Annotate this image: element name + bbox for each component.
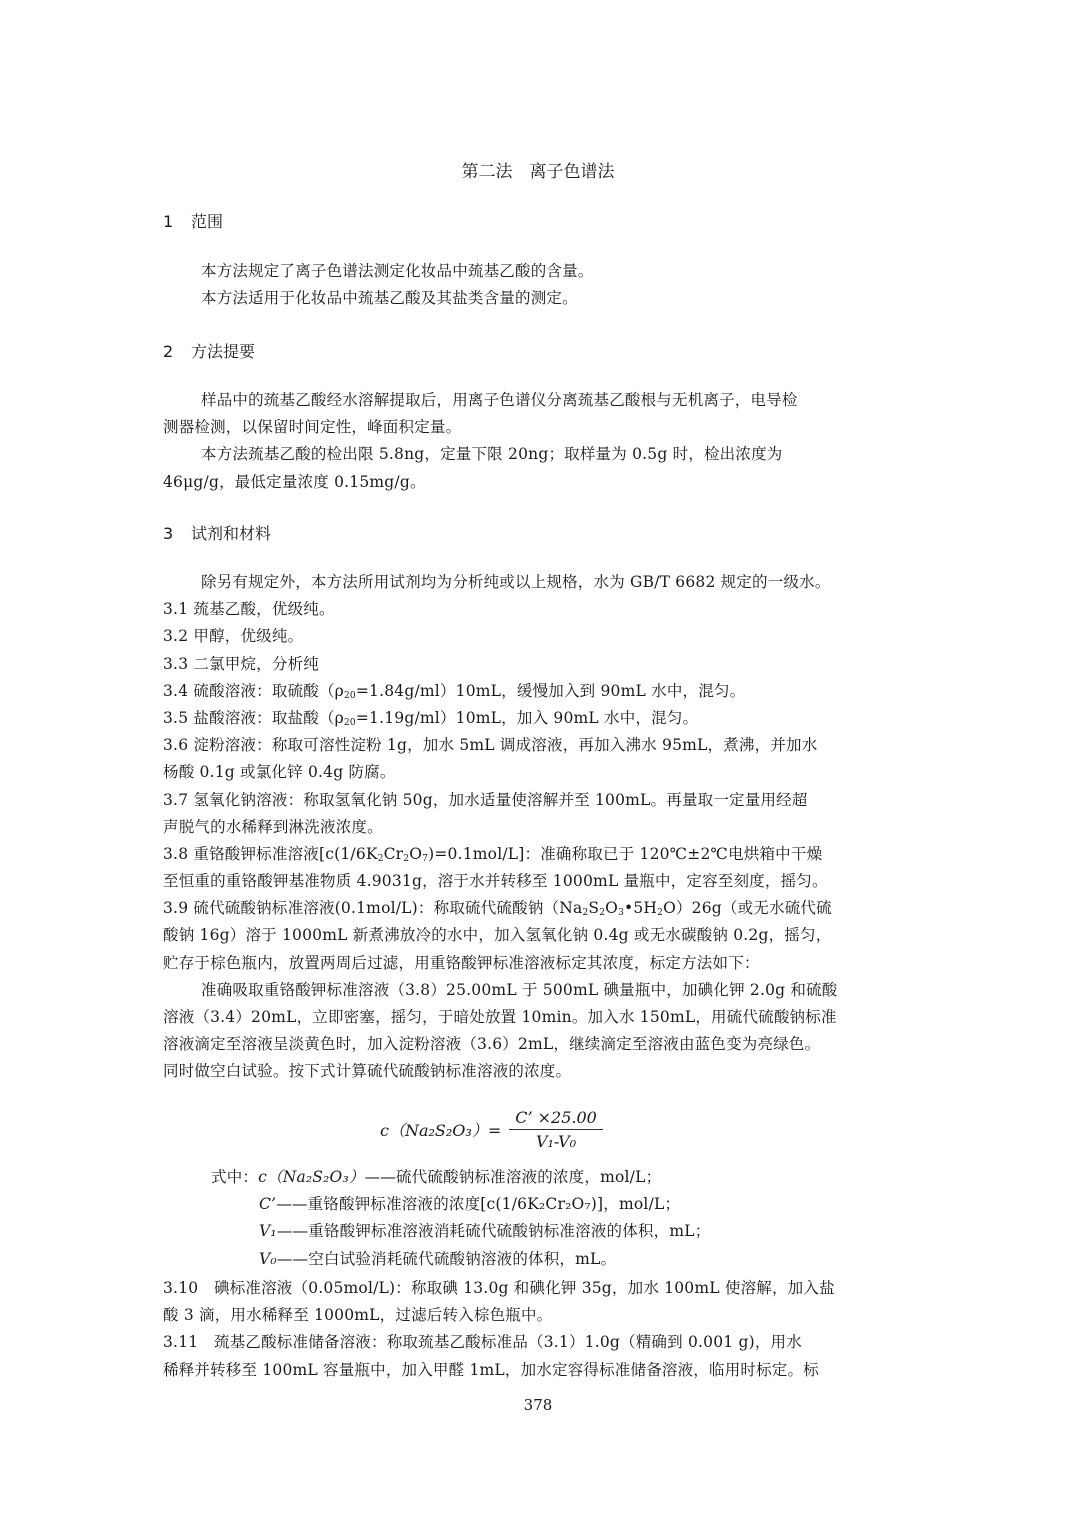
text: 3.8 重铬酸钾标准溶液[c(1/6K [163,845,378,863]
section-2-body: 样品中的巯基乙酸经水溶解提取后，用离子色谱仪分离巯基乙酸根与无机离子，电导检 测… [163,387,913,496]
subscript: 2 [582,908,588,918]
formula-fraction: C’ ×25.00 V₁-V₀ [509,1108,603,1151]
text: )=0.1mol/L]：准确称取已于 120℃±2℃电烘箱中干燥 [428,845,822,863]
formula-legend: 式中：c（Na₂S₂O₃）——硫代硫酸钠标准溶液的浓度，mol/L； C’——重… [163,1164,913,1273]
section-3-body: 除另有规定外，本方法所用试剂均为分析纯或以上规格，水为 GB/T 6682 规定… [163,569,913,1086]
text: Cr [384,845,404,863]
paragraph: 本方法适用于化妆品中巯基乙酸及其盐类含量的测定。 [201,285,951,312]
item-3-9-cont: 酸钠 16g）溶于 1000mL 新煮沸放冷的水中，加入氢氧化钠 0.4g 或无… [163,922,913,949]
text: •5H [624,899,657,917]
item-3-6-cont: 杨酸 0.1g 或氯化锌 0.4g 防腐。 [163,759,913,786]
section-number: 1 [163,210,191,234]
legend-desc: ——硫代硫酸钠标准溶液的浓度，mol/L； [365,1168,662,1186]
paragraph-line: 46μg/g，最低定量浓度 0.15mg/g。 [163,469,913,496]
text: 3.9 硫代硫酸钠标准溶液(0.1mol/L)：称取硫代硫酸钠（Na [163,899,582,917]
legend-symbol: C’ [259,1195,276,1213]
section-title: 范围 [191,212,223,231]
legend-desc: ——重铬酸钾标准溶液消耗硫代硫酸钠标准溶液的体积，mL； [277,1222,711,1240]
formula-numerator: C’ ×25.00 [509,1108,603,1130]
item-3-11-cont: 稀释并转移至 100mL 容量瓶中，加入甲醛 1mL，加水定容得标准储备溶液，临… [163,1357,913,1384]
item-3-10: 3.10 碘标准溶液（0.05mol/L)：称取碘 13.0g 和碘化钾 35g… [163,1275,913,1302]
item-3-6: 3.6 淀粉溶液：称取可溶性淀粉 1g，加水 5mL 调成溶液，再加入沸水 95… [163,732,913,759]
section-heading-1: 1范围 [163,210,223,234]
item-3-3: 3.3 二氯甲烷，分析纯 [163,651,913,678]
legend-line: V₀——空白试验消耗硫代硫酸钠溶液的体积，mL。 [163,1246,913,1273]
item-3-7-cont: 声脱气的水稀释到淋洗液浓度。 [163,814,913,841]
paragraph-line: 测器检测，以保留时间定性，峰面积定量。 [163,414,913,441]
section-1-body: 本方法规定了离子色谱法测定化妆品中巯基乙酸的含量。 本方法适用于化妆品中巯基乙酸… [163,258,951,312]
legend-line: V₁——重铬酸钾标准溶液消耗硫代硫酸钠标准溶液的体积，mL； [163,1218,913,1245]
legend-label: 式中： [211,1168,258,1186]
calibration-line: 溶液滴定至溶液呈淡黄色时，加入淀粉溶液（3.6）2mL，继续滴定至溶液由蓝色变为… [163,1031,913,1058]
calibration-line: 准确吸取重铬酸钾标准溶液（3.8）25.00mL 于 500mL 碘量瓶中，加碘… [163,977,913,1004]
item-3-7: 3.7 氢氧化钠溶液：称取氢氧化钠 50g，加水适量使溶解并至 100mL。再量… [163,787,913,814]
section-heading-2: 2方法提要 [163,340,255,364]
section-number: 2 [163,340,191,364]
section-title: 试剂和材料 [191,524,271,543]
text: =1.19g/ml）10mL，加入 90mL 水中，混匀。 [356,709,698,727]
formula-lhs: c（Na₂S₂O₃）= [380,1118,501,1141]
paragraph: 本方法规定了离子色谱法测定化妆品中巯基乙酸的含量。 [201,258,951,285]
item-3-8-cont: 至恒重的重铬酸钾基准物质 4.9031g，溶于水并转移至 1000mL 量瓶中，… [163,868,913,895]
item-3-2: 3.2 甲醇，优级纯。 [163,623,913,650]
section-3-body-cont: 3.10 碘标准溶液（0.05mol/L)：称取碘 13.0g 和碘化钾 35g… [163,1275,913,1384]
page-number: 378 [163,1396,913,1414]
legend-symbol: V₁ [259,1222,277,1240]
item-3-8: 3.8 重铬酸钾标准溶液[c(1/6K2Cr2O7)=0.1mol/L]：准确称… [163,841,913,868]
item-3-9-cont: 贮存于棕色瓶内，放置两周后过滤，用重铬酸钾标准溶液标定其浓度，标定方法如下： [163,950,913,977]
legend-symbol: V₀ [259,1250,277,1268]
calibration-line: 溶液（3.4）20mL，立即密塞，摇匀，于暗处放置 10min。加入水 150m… [163,1004,913,1031]
subscript: 20 [344,718,356,728]
legend-line: 式中：c（Na₂S₂O₃）——硫代硫酸钠标准溶液的浓度，mol/L； [163,1164,913,1191]
item-3-4: 3.4 硫酸溶液：取硫酸（ρ20=1.84g/ml）10mL，缓慢加入到 90m… [163,678,913,705]
item-3-9: 3.9 硫代硫酸钠标准溶液(0.1mol/L)：称取硫代硫酸钠（Na2S2O3•… [163,895,913,922]
item-3-11: 3.11 巯基乙酸标准储备溶液：称取巯基乙酸标准品（3.1）1.0g（精确到 0… [163,1329,913,1356]
section-number: 3 [163,522,191,546]
item-3-10-cont: 酸 3 滴，用水稀释至 1000mL，过滤后转入棕色瓶中。 [163,1302,913,1329]
legend-desc: ——空白试验消耗硫代硫酸钠溶液的体积，mL。 [277,1250,616,1268]
paragraph-line: 本方法巯基乙酸的检出限 5.8ng，定量下限 20ng；取样量为 0.5g 时，… [163,441,913,468]
calibration-line: 同时做空白试验。按下式计算硫代硫酸钠标准溶液的浓度。 [163,1058,913,1085]
formula: c（Na₂S₂O₃）= C’ ×25.00 V₁-V₀ [380,1108,603,1151]
section-heading-3: 3试剂和材料 [163,522,271,546]
item-3-5: 3.5 盐酸溶液：取盐酸（ρ20=1.19g/ml）10mL，加入 90mL 水… [163,705,913,732]
text: O [409,845,422,863]
intro-line: 除另有规定外，本方法所用试剂均为分析纯或以上规格，水为 GB/T 6682 规定… [163,569,913,596]
subscript: 2 [599,908,605,918]
formula-denominator: V₁-V₀ [536,1130,576,1151]
text: O）26g（或无水硫代硫 [663,899,832,917]
legend-line: C’——重铬酸钾标准溶液的浓度[c(1/6K₂Cr₂O₇)]，mol/L； [163,1191,913,1218]
page-title: 第二法 离子色谱法 [163,160,913,184]
paragraph-line: 样品中的巯基乙酸经水溶解提取后，用离子色谱仪分离巯基乙酸根与无机离子，电导检 [163,387,913,414]
legend-symbol: c（Na₂S₂O₃） [258,1168,364,1186]
text: 3.5 盐酸溶液：取盐酸（ρ [163,709,344,727]
item-3-1: 3.1 巯基乙酸，优级纯。 [163,596,913,623]
text: =1.84g/ml）10mL，缓慢加入到 90mL 水中，混匀。 [356,682,745,700]
section-title: 方法提要 [191,342,255,361]
legend-desc: ——重铬酸钾标准溶液的浓度[c(1/6K₂Cr₂O₇)]，mol/L； [276,1195,680,1213]
subscript: 20 [344,691,356,701]
text: 3.4 硫酸溶液：取硫酸（ρ [163,682,344,700]
